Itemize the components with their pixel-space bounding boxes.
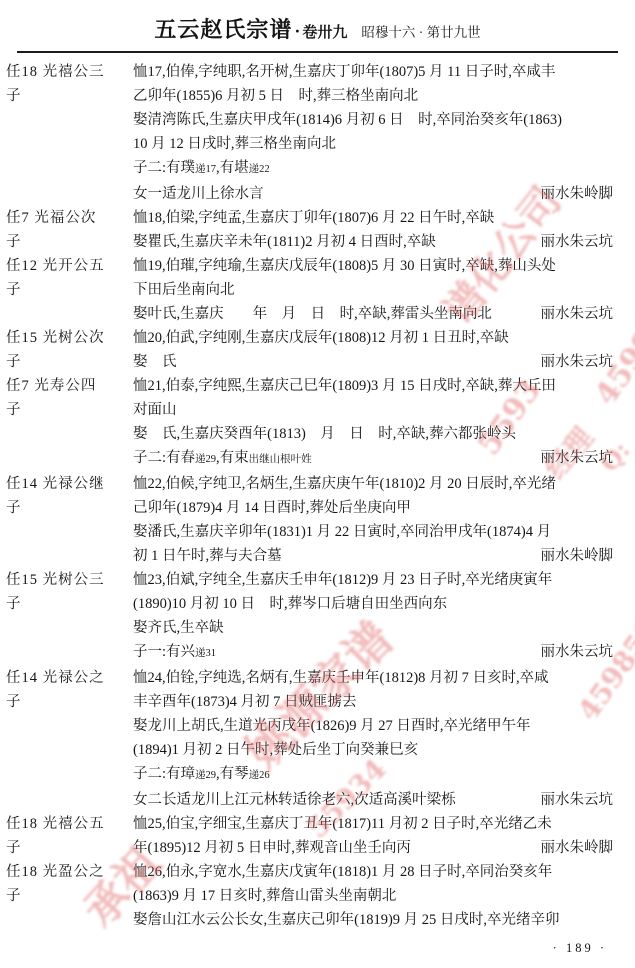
record-text: 乙卯年(1855)6 月初 5 日 时,葬三格坐南向北 — [133, 88, 418, 104]
title-separator-dot: · — [292, 21, 302, 41]
record-text: 子二:有璋 — [133, 766, 195, 782]
entry-label: 任15 光树公次子 — [6, 326, 133, 374]
entry-label-line: 任18 光禧公五 — [6, 812, 133, 836]
entry-row: 任14 光禄公之子恤24,伯铨,字纯选,名炳有,生嘉庆壬申年(1812)8 月初… — [6, 666, 613, 812]
entry-line-text: 子二:有璞递17,有堪递22 — [133, 156, 270, 182]
record-text: ,有束 — [216, 450, 249, 466]
entry-label-line: 子 — [6, 690, 133, 714]
entry-line: 恤22,伯候,字纯卫,名炳生,生嘉庆庚午年(1810)2 月 20 日辰时,卒光… — [133, 472, 613, 496]
place-note: 丽水朱云坑 — [535, 788, 614, 812]
entry-label-line: 子 — [6, 496, 133, 520]
entry-row: 任18 光禧公五子恤25,伯宝,字细宝,生嘉庆丁丑年(1817)11 月初 2 … — [6, 812, 613, 860]
entry-line-text: 下田后坐南向北 — [133, 278, 235, 302]
entry-line-text: 娶清湾陈氏,生嘉庆甲戌年(1814)6 月初 6 日 时,卒同治癸亥年(1863… — [133, 108, 562, 132]
entry-label: 任18 光盈公之子 — [6, 860, 133, 908]
record-text: 娶清湾陈氏,生嘉庆甲戌年(1814)6 月初 6 日 时,卒同治癸亥年(1863… — [133, 112, 562, 128]
entry-line-text: 恤20,伯武,字纯刚,生嘉庆戊辰年(1808)12 月初 1 日丑时,卒缺 — [133, 326, 509, 350]
record-text: 娶詹山江水云公长女,生嘉庆己卯年(1819)9 月 25 日戌时,卒光绪辛卯 — [133, 912, 560, 928]
entry-line: 女二长适龙川上江元林转适徐老六,次适高溪叶梁栎丽水朱云坑 — [133, 788, 613, 812]
record-text: 女二长适龙川上江元林转适徐老六,次适高溪叶梁栎 — [133, 792, 456, 808]
entry-label-line: 任12 光开公五 — [6, 254, 133, 278]
entry-line: 恤19,伯璀,字纯瑜,生嘉庆戊辰年(1808)5 月 30 日寅时,卒缺,葬山头… — [133, 254, 613, 278]
entry-line-text: 对面山 — [133, 398, 177, 422]
entry-line: 恤21,伯泰,字纯熙,生嘉庆己巳年(1809)3 月 15 日戌时,卒缺,葬大丘… — [133, 374, 613, 398]
entry-content: 恤24,伯铨,字纯选,名炳有,生嘉庆壬申年(1812)8 月初 7 日亥时,卒咸… — [133, 666, 613, 812]
entry-line-text: 娶詹山江水云公长女,生嘉庆己卯年(1819)9 月 25 日戌时,卒光绪辛卯 — [133, 908, 560, 932]
entry-line-text: (1894)1 月初 2 日午时,葬处后坐丁向癸兼巳亥 — [133, 738, 418, 762]
entry-line: 己卯年(1879)4 月 14 日酉时,葬处后坐庚向甲 — [133, 496, 613, 520]
entry-line: 恤23,伯斌,字纯全,生嘉庆壬申年(1812)9 月 23 日子时,卒光绪庚寅年 — [133, 568, 613, 592]
record-text: 己卯年(1879)4 月 14 日酉时,葬处后坐庚向甲 — [133, 500, 411, 516]
place-note: 丽水朱云坑 — [535, 350, 614, 374]
entry-line-text: 女一适龙川上徐水言 — [133, 182, 264, 206]
entry-line: 子一:有兴递31丽水朱云坑 — [133, 640, 613, 666]
cross-reference-small-text: 29 — [206, 454, 217, 465]
place-note: 丽水朱云坑 — [535, 640, 614, 664]
cross-reference-small-text: 26 — [259, 770, 270, 781]
entry-line-text: 丰辛酉年(1873)4 月初 7 日贼匪掳去 — [133, 690, 357, 714]
entry-label-line: 子 — [6, 350, 133, 374]
genealogy-page: 五云赵氏宗谱·卷卅九昭穆十六 · 第廿九世 任18 光禧公三子恤17,伯俸,字纯… — [0, 0, 635, 968]
cross-reference-small-text: 递 — [249, 164, 260, 175]
entry-line-text: 恤17,伯俸,字纯职,名开树,生嘉庆丁卯年(1807)5 月 11 日子时,卒咸… — [133, 60, 555, 84]
cross-reference-small-text: 22 — [259, 164, 270, 175]
entry-content: 恤21,伯泰,字纯熙,生嘉庆己巳年(1809)3 月 15 日戌时,卒缺,葬大丘… — [133, 374, 613, 472]
record-text: 恤25,伯宝,字细宝,生嘉庆丁丑年(1817)11 月初 2 日子时,卒光绪乙未 — [133, 816, 552, 832]
record-text: 恤18,伯梁,字纯孟,生嘉庆丁卯年(1807)6 月 22 日午时,卒缺 — [133, 210, 494, 226]
entry-label: 任18 光禧公五子 — [6, 812, 133, 860]
record-text: ,有堪 — [216, 160, 249, 176]
entry-line-text: 子一:有兴递31 — [133, 640, 216, 666]
record-text: 年(1895)12 月初 5 日申时,葬观音山坐壬向丙 — [133, 840, 411, 856]
record-text: 娶龙川上胡氏,生道光丙戌年(1826)9 月 27 日酉时,卒光绪甲午年 — [133, 718, 531, 734]
entry-line-text: 娶潘氏,生嘉庆辛卯年(1831)1 月 22 日寅时,卒同治甲戌年(1874)4… — [133, 520, 551, 544]
entry-line: 子二:有璞递17,有堪递22 — [133, 156, 613, 182]
entry-line: 初 1 日午时,葬与夫合墓丽水朱岭脚 — [133, 544, 613, 568]
entry-label-line: 子 — [6, 230, 133, 254]
entry-line-text: 子二:有璋递29,有琴递26 — [133, 762, 270, 788]
entry-line: 恤17,伯俸,字纯职,名开树,生嘉庆丁卯年(1807)5 月 11 日子时,卒咸… — [133, 60, 613, 84]
entry-line-text: 恤26,伯永,字宽水,生嘉庆戊寅年(1818)1 月 28 日子时,卒同治癸亥年 — [133, 860, 552, 884]
entry-content: 恤26,伯永,字宽水,生嘉庆戊寅年(1818)1 月 28 日子时,卒同治癸亥年… — [133, 860, 613, 932]
entry-line: (1890)10 月初 10 日 时,葬岑口后塘自田坐西向东 — [133, 592, 613, 616]
entry-row: 任18 光盈公之子恤26,伯永,字宽水,生嘉庆戊寅年(1818)1 月 28 日… — [6, 860, 613, 932]
entry-row: 任7 光福公次子恤18,伯梁,字纯孟,生嘉庆丁卯年(1807)6 月 22 日午… — [6, 206, 613, 254]
cross-reference-small-text: 递 — [195, 164, 206, 175]
record-text: (1890)10 月初 10 日 时,葬岑口后塘自田坐西向东 — [133, 596, 447, 612]
entry-label-line: 子 — [6, 836, 133, 860]
entry-content: 恤19,伯璀,字纯瑜,生嘉庆戊辰年(1808)5 月 30 日寅时,卒缺,葬山头… — [133, 254, 613, 326]
record-text: 恤21,伯泰,字纯熙,生嘉庆己巳年(1809)3 月 15 日戌时,卒缺,葬大丘… — [133, 378, 556, 394]
entry-label: 任15 光树公三子 — [6, 568, 133, 616]
record-text: 娶叶氏,生嘉庆 年 月 日 时,卒缺,葬雷头坐南向北 — [133, 306, 492, 322]
record-text: 子一:有兴 — [133, 644, 195, 660]
book-title: 五云赵氏宗谱 — [154, 17, 292, 42]
entry-line-text: 娶叶氏,生嘉庆 年 月 日 时,卒缺,葬雷头坐南向北 — [133, 302, 492, 326]
place-note: 丽水朱岭脚 — [535, 182, 614, 206]
entry-line-text: 己卯年(1879)4 月 14 日酉时,葬处后坐庚向甲 — [133, 496, 411, 520]
record-text: 子二:有璞 — [133, 160, 195, 176]
entry-label-line: 任14 光禄公之 — [6, 666, 133, 690]
record-text: 丰辛酉年(1873)4 月初 7 日贼匪掳去 — [133, 694, 357, 710]
place-note: 丽水朱岭脚 — [535, 836, 614, 860]
entry-line: 娶清湾陈氏,生嘉庆甲戌年(1814)6 月初 6 日 时,卒同治癸亥年(1863… — [133, 108, 613, 132]
entry-label: 任12 光开公五子 — [6, 254, 133, 302]
entry-line: 娶叶氏,生嘉庆 年 月 日 时,卒缺,葬雷头坐南向北丽水朱云坑 — [133, 302, 613, 326]
record-text: 娶 氏 — [133, 354, 177, 370]
entry-line: 年(1895)12 月初 5 日申时,葬观音山坐壬向丙丽水朱岭脚 — [133, 836, 613, 860]
entry-line: 恤18,伯梁,字纯孟,生嘉庆丁卯年(1807)6 月 22 日午时,卒缺 — [133, 206, 613, 230]
entry-content: 恤17,伯俸,字纯职,名开树,生嘉庆丁卯年(1807)5 月 11 日子时,卒咸… — [133, 60, 613, 206]
place-note: 丽水朱云坑 — [535, 446, 614, 470]
entry-line-text: 娶齐氏,生卒缺 — [133, 616, 224, 640]
entry-label: 任7 光福公次子 — [6, 206, 133, 254]
entry-label-line: 任14 光禄公继 — [6, 472, 133, 496]
entry-line-text: 10 月 12 日戌时,葬三格坐南向北 — [133, 132, 336, 156]
entry-line-text: 娶 氏 — [133, 350, 177, 374]
volume-label: 卷卅九 — [302, 25, 347, 41]
entries: 任18 光禧公三子恤17,伯俸,字纯职,名开树,生嘉庆丁卯年(1807)5 月 … — [0, 59, 635, 932]
entry-line-text: 子二:有春递29,有束出继山根叶姓 — [133, 446, 312, 472]
entry-line: 对面山 — [133, 398, 613, 422]
entry-content: 恤22,伯候,字纯卫,名炳生,生嘉庆庚午年(1810)2 月 20 日辰时,卒光… — [133, 472, 613, 568]
entry-line: 子二:有春递29,有束出继山根叶姓丽水朱云坑 — [133, 446, 613, 472]
entry-label-line: 子 — [6, 884, 133, 908]
entry-label-line: 任7 光寿公四 — [6, 374, 133, 398]
record-text: 恤23,伯斌,字纯全,生嘉庆壬申年(1812)9 月 23 日子时,卒光绪庚寅年 — [133, 572, 552, 588]
entry-label-line: 任15 光树公次 — [6, 326, 133, 350]
entry-content: 恤23,伯斌,字纯全,生嘉庆壬申年(1812)9 月 23 日子时,卒光绪庚寅年… — [133, 568, 613, 666]
entry-label: 任14 光禄公继子 — [6, 472, 133, 520]
entry-line-text: 恤18,伯梁,字纯孟,生嘉庆丁卯年(1807)6 月 22 日午时,卒缺 — [133, 206, 494, 230]
cross-reference-small-text: 递 — [195, 648, 206, 659]
entry-line: 娶詹山江水云公长女,生嘉庆己卯年(1819)9 月 25 日戌时,卒光绪辛卯 — [133, 908, 613, 932]
entry-line: 恤26,伯永,字宽水,生嘉庆戊寅年(1818)1 月 28 日子时,卒同治癸亥年 — [133, 860, 613, 884]
record-text: 恤26,伯永,字宽水,生嘉庆戊寅年(1818)1 月 28 日子时,卒同治癸亥年 — [133, 864, 552, 880]
entry-line: 恤20,伯武,字纯刚,生嘉庆戊辰年(1808)12 月初 1 日丑时,卒缺 — [133, 326, 613, 350]
record-text: 娶瞿氏,生嘉庆辛未年(1811)2 月初 4 日酉时,卒缺 — [133, 234, 436, 250]
entry-row: 任12 光开公五子恤19,伯璀,字纯瑜,生嘉庆戊辰年(1808)5 月 30 日… — [6, 254, 613, 326]
entry-label-line: 任18 光禧公三 — [6, 60, 133, 84]
entry-row: 任15 光树公三子恤23,伯斌,字纯全,生嘉庆壬申年(1812)9 月 23 日… — [6, 568, 613, 666]
entry-line: 娶瞿氏,生嘉庆辛未年(1811)2 月初 4 日酉时,卒缺丽水朱云坑 — [133, 230, 613, 254]
entry-line-text: 恤19,伯璀,字纯瑜,生嘉庆戊辰年(1808)5 月 30 日寅时,卒缺,葬山头… — [133, 254, 556, 278]
entry-line-text: 恤23,伯斌,字纯全,生嘉庆壬申年(1812)9 月 23 日子时,卒光绪庚寅年 — [133, 568, 552, 592]
record-text: 初 1 日午时,葬与夫合墓 — [133, 548, 282, 564]
record-text: 恤20,伯武,字纯刚,生嘉庆戊辰年(1808)12 月初 1 日丑时,卒缺 — [133, 330, 509, 346]
cross-reference-small-text: 出继山根叶姓 — [249, 454, 312, 465]
entry-line-text: 娶龙川上胡氏,生道光丙戌年(1826)9 月 27 日酉时,卒光绪甲午年 — [133, 714, 531, 738]
entry-label: 任7 光寿公四子 — [6, 374, 133, 422]
entry-label-line: 子 — [6, 84, 133, 108]
page-header: 五云赵氏宗谱·卷卅九昭穆十六 · 第廿九世 — [0, 0, 635, 44]
generation-subtitle: 昭穆十六 · 第廿九世 — [361, 25, 480, 40]
entry-line: 女一适龙川上徐水言丽水朱岭脚 — [133, 182, 613, 206]
entry-line: 娶潘氏,生嘉庆辛卯年(1831)1 月 22 日寅时,卒同治甲戌年(1874)4… — [133, 520, 613, 544]
entry-line: 娶齐氏,生卒缺 — [133, 616, 613, 640]
entry-line: 娶龙川上胡氏,生道光丙戌年(1826)9 月 27 日酉时,卒光绪甲午年 — [133, 714, 613, 738]
entry-content: 恤25,伯宝,字细宝,生嘉庆丁丑年(1817)11 月初 2 日子时,卒光绪乙未… — [133, 812, 613, 860]
record-text: 下田后坐南向北 — [133, 282, 235, 298]
cross-reference-small-text: 递 — [195, 770, 206, 781]
header-divider — [17, 51, 618, 53]
record-text: 10 月 12 日戌时,葬三格坐南向北 — [133, 136, 336, 152]
record-text: 恤22,伯候,字纯卫,名炳生,生嘉庆庚午年(1810)2 月 20 日辰时,卒光… — [133, 476, 556, 492]
entry-line-text: 乙卯年(1855)6 月初 5 日 时,葬三格坐南向北 — [133, 84, 418, 108]
entry-row: 任14 光禄公继子恤22,伯候,字纯卫,名炳生,生嘉庆庚午年(1810)2 月 … — [6, 472, 613, 568]
entry-label-line: 子 — [6, 592, 133, 616]
cross-reference-small-text: 29 — [206, 770, 217, 781]
record-text: 恤19,伯璀,字纯瑜,生嘉庆戊辰年(1808)5 月 30 日寅时,卒缺,葬山头… — [133, 258, 556, 274]
record-text: 对面山 — [133, 402, 177, 418]
entry-line-text: (1890)10 月初 10 日 时,葬岑口后塘自田坐西向东 — [133, 592, 447, 616]
entry-line: 娶 氏,生嘉庆癸酉年(1813) 月 日 时,卒缺,葬六都张岭头 — [133, 422, 613, 446]
record-text: 恤24,伯铨,字纯选,名炳有,生嘉庆壬申年(1812)8 月初 7 日亥时,卒咸 — [133, 670, 549, 686]
entry-line-text: 年(1895)12 月初 5 日申时,葬观音山坐壬向丙 — [133, 836, 411, 860]
entry-line-text: 恤22,伯候,字纯卫,名炳生,生嘉庆庚午年(1810)2 月 20 日辰时,卒光… — [133, 472, 556, 496]
record-text: (1894)1 月初 2 日午时,葬处后坐丁向癸兼巳亥 — [133, 742, 418, 758]
entry-line-text: 恤25,伯宝,字细宝,生嘉庆丁丑年(1817)11 月初 2 日子时,卒光绪乙未 — [133, 812, 552, 836]
entry-line: 子二:有璋递29,有琴递26 — [133, 762, 613, 788]
record-text: (1863)9 月 17 日亥时,葬詹山雷头坐南朝北 — [133, 888, 396, 904]
cross-reference-small-text: 递 — [195, 454, 206, 465]
entry-line-text: 女二长适龙川上江元林转适徐老六,次适高溪叶梁栎 — [133, 788, 456, 812]
entry-line: 丰辛酉年(1873)4 月初 7 日贼匪掳去 — [133, 690, 613, 714]
cross-reference-small-text: 17 — [206, 164, 217, 175]
place-note: 丽水朱云坑 — [535, 302, 614, 326]
entry-line-text: (1863)9 月 17 日亥时,葬詹山雷头坐南朝北 — [133, 884, 396, 908]
record-text: 子二:有春 — [133, 450, 195, 466]
entry-label: 任14 光禄公之子 — [6, 666, 133, 714]
entry-row: 任7 光寿公四子恤21,伯泰,字纯熙,生嘉庆己巳年(1809)3 月 15 日戌… — [6, 374, 613, 472]
cross-reference-small-text: 递 — [249, 770, 260, 781]
entry-row: 任18 光禧公三子恤17,伯俸,字纯职,名开树,生嘉庆丁卯年(1807)5 月 … — [6, 60, 613, 206]
entry-line: (1894)1 月初 2 日午时,葬处后坐丁向癸兼巳亥 — [133, 738, 613, 762]
record-text: 恤17,伯俸,字纯职,名开树,生嘉庆丁卯年(1807)5 月 11 日子时,卒咸… — [133, 64, 555, 80]
entry-line-text: 恤24,伯铨,字纯选,名炳有,生嘉庆壬申年(1812)8 月初 7 日亥时,卒咸 — [133, 666, 549, 690]
record-text: 女一适龙川上徐水言 — [133, 186, 264, 202]
entry-label-line: 子 — [6, 278, 133, 302]
entry-content: 恤20,伯武,字纯刚,生嘉庆戊辰年(1808)12 月初 1 日丑时,卒缺娶 氏… — [133, 326, 613, 374]
entry-line: 乙卯年(1855)6 月初 5 日 时,葬三格坐南向北 — [133, 84, 613, 108]
record-text: 娶 氏,生嘉庆癸酉年(1813) 月 日 时,卒缺,葬六都张岭头 — [133, 426, 516, 442]
entry-line: 娶 氏丽水朱云坑 — [133, 350, 613, 374]
entry-label: 任18 光禧公三子 — [6, 60, 133, 108]
entry-content: 恤18,伯梁,字纯孟,生嘉庆丁卯年(1807)6 月 22 日午时,卒缺娶瞿氏,… — [133, 206, 613, 254]
page-number: · 189 · — [553, 941, 607, 956]
place-note: 丽水朱岭脚 — [535, 544, 614, 568]
entry-line: (1863)9 月 17 日亥时,葬詹山雷头坐南朝北 — [133, 884, 613, 908]
record-text: 娶齐氏,生卒缺 — [133, 620, 224, 636]
entry-line: 恤24,伯铨,字纯选,名炳有,生嘉庆壬申年(1812)8 月初 7 日亥时,卒咸 — [133, 666, 613, 690]
place-note: 丽水朱云坑 — [535, 230, 614, 254]
record-text: 娶潘氏,生嘉庆辛卯年(1831)1 月 22 日寅时,卒同治甲戌年(1874)4… — [133, 524, 551, 540]
cross-reference-small-text: 31 — [206, 648, 217, 659]
entry-label-line: 子 — [6, 398, 133, 422]
entry-line-text: 娶瞿氏,生嘉庆辛未年(1811)2 月初 4 日酉时,卒缺 — [133, 230, 436, 254]
entry-line: 恤25,伯宝,字细宝,生嘉庆丁丑年(1817)11 月初 2 日子时,卒光绪乙未 — [133, 812, 613, 836]
entry-line-text: 娶 氏,生嘉庆癸酉年(1813) 月 日 时,卒缺,葬六都张岭头 — [133, 422, 516, 446]
record-text: ,有琴 — [216, 766, 249, 782]
entry-line-text: 初 1 日午时,葬与夫合墓 — [133, 544, 282, 568]
entry-line-text: 恤21,伯泰,字纯熙,生嘉庆己巳年(1809)3 月 15 日戌时,卒缺,葬大丘… — [133, 374, 556, 398]
entry-line: 10 月 12 日戌时,葬三格坐南向北 — [133, 132, 613, 156]
entry-line: 下田后坐南向北 — [133, 278, 613, 302]
entry-row: 任15 光树公次子恤20,伯武,字纯刚,生嘉庆戊辰年(1808)12 月初 1 … — [6, 326, 613, 374]
entry-label-line: 任15 光树公三 — [6, 568, 133, 592]
entry-label-line: 任18 光盈公之 — [6, 860, 133, 884]
entry-label-line: 任7 光福公次 — [6, 206, 133, 230]
